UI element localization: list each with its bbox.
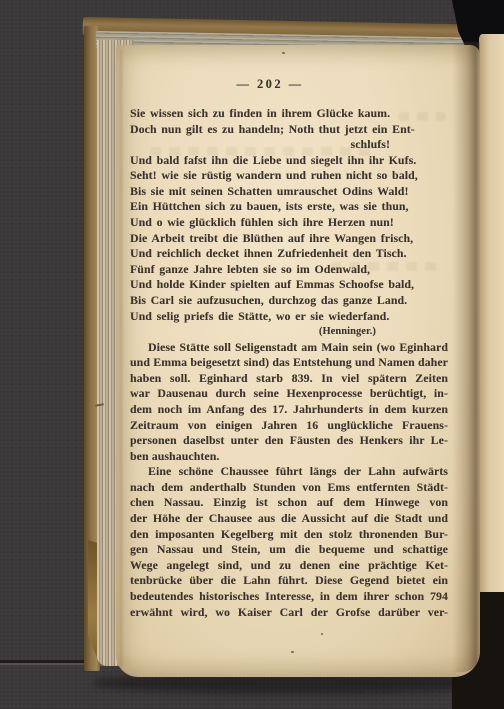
text-line: (Henninger.): [130, 324, 448, 340]
text-line: Wege angelegt sind, und zu denen eine pr…: [130, 558, 448, 574]
paper-speck: [321, 633, 323, 635]
text-line: ben aushauchten.: [130, 449, 448, 465]
text-line: Bis sie mit seinen Schatten umrauschet O…: [130, 184, 448, 200]
text-line: war Dausenau durch seine Hexenprocesse b…: [130, 386, 448, 402]
page-text-block: — 202 — Sie wissen sich zu finden in ihr…: [130, 76, 448, 620]
paper-speck: [291, 651, 294, 653]
text-lines: Sie wissen sich zu finden in ihrem Glück…: [130, 106, 448, 620]
text-line: Und selig priefs die Stätte, wo er sie w…: [130, 309, 448, 325]
facing-page-sliver: [479, 34, 504, 644]
text-line: Bis Carl sie aufzusuchen, durchzog das g…: [130, 293, 448, 309]
text-line: tenbrücke über die Lahn führt. Diese Geg…: [130, 573, 448, 589]
background-groove-highlight: [0, 663, 94, 665]
text-line: haben soll. Eginhard starb 839. In viel …: [130, 371, 448, 387]
text-line: Seht! wie sie rüstig wandern und ruhen n…: [130, 168, 448, 184]
text-line: und Emma beigesetzt sind) das Entstehung…: [130, 355, 448, 371]
text-line: schlufs!: [130, 137, 448, 153]
text-line: den imposanten Kegelberg mit den stolz t…: [130, 527, 448, 543]
text-line: Und reichlich decket ihnen Zufriedenheit…: [130, 246, 448, 262]
page-number-header: — 202 —: [111, 76, 429, 93]
text-line: erwähnt wird, wo Kaiser Carl der Grofse …: [130, 605, 448, 621]
text-line: chen Nassau. Einzig ist schon auf dem Hi…: [130, 495, 448, 511]
text-line: Ein Hüttchen sich zu bauen, ists erste, …: [130, 199, 448, 215]
text-line: Und o wie glücklich fühlen sich ihre Her…: [130, 215, 448, 231]
photographed-book-scene: — 202 — Sie wissen sich zu finden in ihr…: [0, 0, 504, 709]
text-line: gen Nassau und Stein, um die bequeme und…: [130, 542, 448, 558]
text-line: Sie wissen sich zu finden in ihrem Glück…: [130, 106, 448, 122]
text-line: Eine schöne Chaussee führt längs der Lah…: [130, 464, 448, 480]
text-line: Diese Stätte soll Seligenstadt am Main s…: [130, 340, 448, 356]
text-line: Und bald fafst ihn die Liebe und siegelt…: [130, 153, 448, 169]
text-line: dem noch im Anfang des 17. Jahrhunderts …: [130, 402, 448, 418]
text-line: Doch nun gilt es zu handeln; Noth thut j…: [130, 122, 448, 138]
text-line: Zeitraum von einigen Jahren 16 unglückli…: [130, 418, 448, 434]
text-line: personen daselbst unter den Fäusten des …: [130, 433, 448, 449]
paper-speck: [282, 52, 285, 54]
text-line: Fünf ganze Jahre lebten sie so im Odenwa…: [130, 262, 448, 278]
text-line: bedeutendes historisches Interesse, in d…: [130, 589, 448, 605]
page-crease-line: [120, 50, 122, 668]
text-line: nach dem anderthalb Stunden von Ems entf…: [130, 480, 448, 496]
text-line: Die Arbeit treibt die Blüthen auf ihre W…: [130, 231, 448, 247]
gutter-shadow: [452, 42, 480, 672]
text-line: Und holde Kinder spielten auf Emmas Scho…: [130, 277, 448, 293]
text-line: der Höhe der Chausee aus die Aussicht au…: [130, 511, 448, 527]
